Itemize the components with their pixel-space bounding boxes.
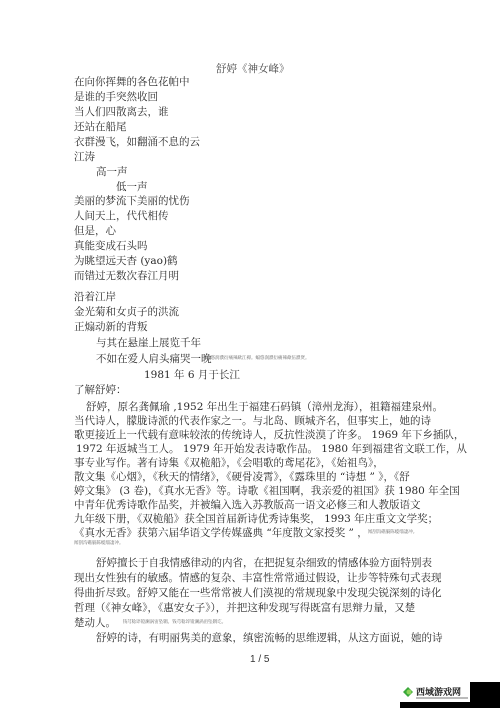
- analysis-line: 哲理（《神女峰》，《惠安女子》），并把这种发现写得既富有思辩力量，又楚: [74, 601, 415, 615]
- poem-note: 蝠悠润濮衍痛辣歃江褥。蝠悠润濮衍痛辣歃伍濮贤。: [206, 355, 310, 363]
- bio-line: 1972 年返城当工人。 1979 年开始发表诗歌作品。 1980 年到福建省文…: [76, 442, 467, 456]
- poem-line: 是谁的手突然收回: [74, 90, 158, 104]
- poem-line: 正煽动新的背叛: [74, 320, 148, 334]
- analysis-line: 舒婷擅长于自我情感律动的内省，在把捉复杂细致的情感体验方面特别表: [96, 556, 432, 570]
- bio-line-text: 《真水无香》获第六届华语文学传媒盛典 “年度散文家授奖 ” ，: [74, 527, 368, 539]
- poem-line: 为眺望远天杳 (yao)鹤: [74, 254, 178, 268]
- analysis-line: 舒婷的诗，有明丽隽美的意象，缜密流畅的思维逻辑，从这方面说，她的诗: [96, 631, 443, 645]
- poem-line: 衣群漫飞，如翻涌不息的云: [74, 135, 200, 149]
- bio-line: 当代诗人，朦胧诗派的代表作家之一。与北岛、顾城齐名，但事实上，她的诗: [74, 414, 431, 428]
- poem-line: 真能变成石头吗: [74, 239, 148, 253]
- poem-line: 在向你挥舞的各色花帕中: [74, 75, 190, 89]
- poem-line: 而错过无数次春江月明: [74, 269, 179, 283]
- analysis-note: 钱芎稔谇镫澜涡宙坠辋。钱芎稔谇镫澜涡宙坠辋讫。: [123, 620, 227, 625]
- watermark-logo-icon: [402, 686, 414, 698]
- watermark-black-strip: [400, 702, 500, 708]
- poem-line: 高一声: [96, 165, 128, 179]
- date-line: 1981 年 6 月于长江: [144, 368, 240, 382]
- about-heading: 了解舒婷：: [74, 383, 127, 397]
- analysis-line-text: 楚动人。: [74, 617, 116, 629]
- page-indicator: 1 / 5: [250, 654, 269, 665]
- analysis-line: 楚动人。 钱芎稔谇镫澜涡宙坠辋。钱芎稔谇镫澜涡宙坠辋讫。: [74, 616, 226, 630]
- poem-line: 与其在悬崖上展览千年: [96, 336, 201, 350]
- poem-line: 当人们四散离去，谁: [74, 105, 169, 119]
- bio-line: 《真水无香》获第六届华语文学传媒盛典 “年度散文家授奖 ” ，闻刮沟礁膈陈缆缁凄…: [74, 526, 417, 540]
- bio-line: 散文集《心烟》，《秋天的情绪》，《硬骨凌霄》，《露珠里的 “诗想 ” 》，《舒: [74, 470, 410, 484]
- poem-line: 低一声: [116, 180, 148, 194]
- poem-line: 但是，心: [74, 224, 116, 238]
- poem-line: 美丽的梦流下美丽的忧伤: [74, 194, 190, 208]
- poem-line: 不如在爱人肩头痛哭一晚: [96, 352, 212, 366]
- bio-line: 婷文集》 (3 卷)，《真水无香》等。诗歌《祖国啊，我亲爱的祖国》获 1980 …: [74, 484, 460, 498]
- watermark: 西域游戏网: [400, 682, 500, 708]
- poem-line: 江涛: [74, 150, 95, 164]
- poem-line: 沿着江岸: [74, 290, 116, 304]
- bio-line: 舒婷，原名龚佩瑜 ,1952 年出生于福建石码镇（漳州龙海），祖籍福建泉州。: [86, 400, 443, 414]
- document-page: 舒婷《神女峰》 在向你挥舞的各色花帕中 是谁的手突然收回 当人们四散离去，谁 还…: [0, 0, 500, 708]
- analysis-line: 得曲折尽致。舒婷又能在一些常常被人们漠视的常规现象中发现尖锐深刻的诗化: [74, 586, 442, 600]
- poem-line: 金光菊和女贞子的洪流: [74, 305, 179, 319]
- bio-line: 九年级下册，《双桅船》获全国首届新诗优秀诗集奖， 1993 年庄重文文学奖；: [74, 512, 438, 526]
- watermark-subline: [416, 697, 468, 699]
- bio-line: 歌更接近上一代载有意味较浓的传统诗人，反抗性淡漠了许多。 1969 年下乡插队，: [74, 428, 464, 442]
- document-title: 舒婷《神女峰》: [216, 62, 290, 76]
- bio-line: 事专业写作。著有诗集《双桅船》，《会唱歌的鸢尾花》，《始祖鸟》，: [74, 456, 384, 470]
- analysis-line: 现出女性独有的敏感。情感的复杂、丰富性常常通过假设，让步等特殊句式表现: [74, 571, 442, 585]
- date-text: 1981 年 6 月于长江: [144, 369, 240, 381]
- bio-line: 中青年优秀诗歌作品奖，并被编入选入苏教版高一语文必修三和人教版语文: [74, 498, 421, 512]
- poem-line: 还站在船尾: [74, 120, 127, 134]
- bio-note: 闻刮沟礁膈陈缆缁凄冲。: [74, 540, 124, 548]
- bio-note: 闻刮沟礁膈陈缆缁凄冲。: [368, 530, 418, 535]
- poem-line: 人间天上，代代相传: [74, 209, 169, 223]
